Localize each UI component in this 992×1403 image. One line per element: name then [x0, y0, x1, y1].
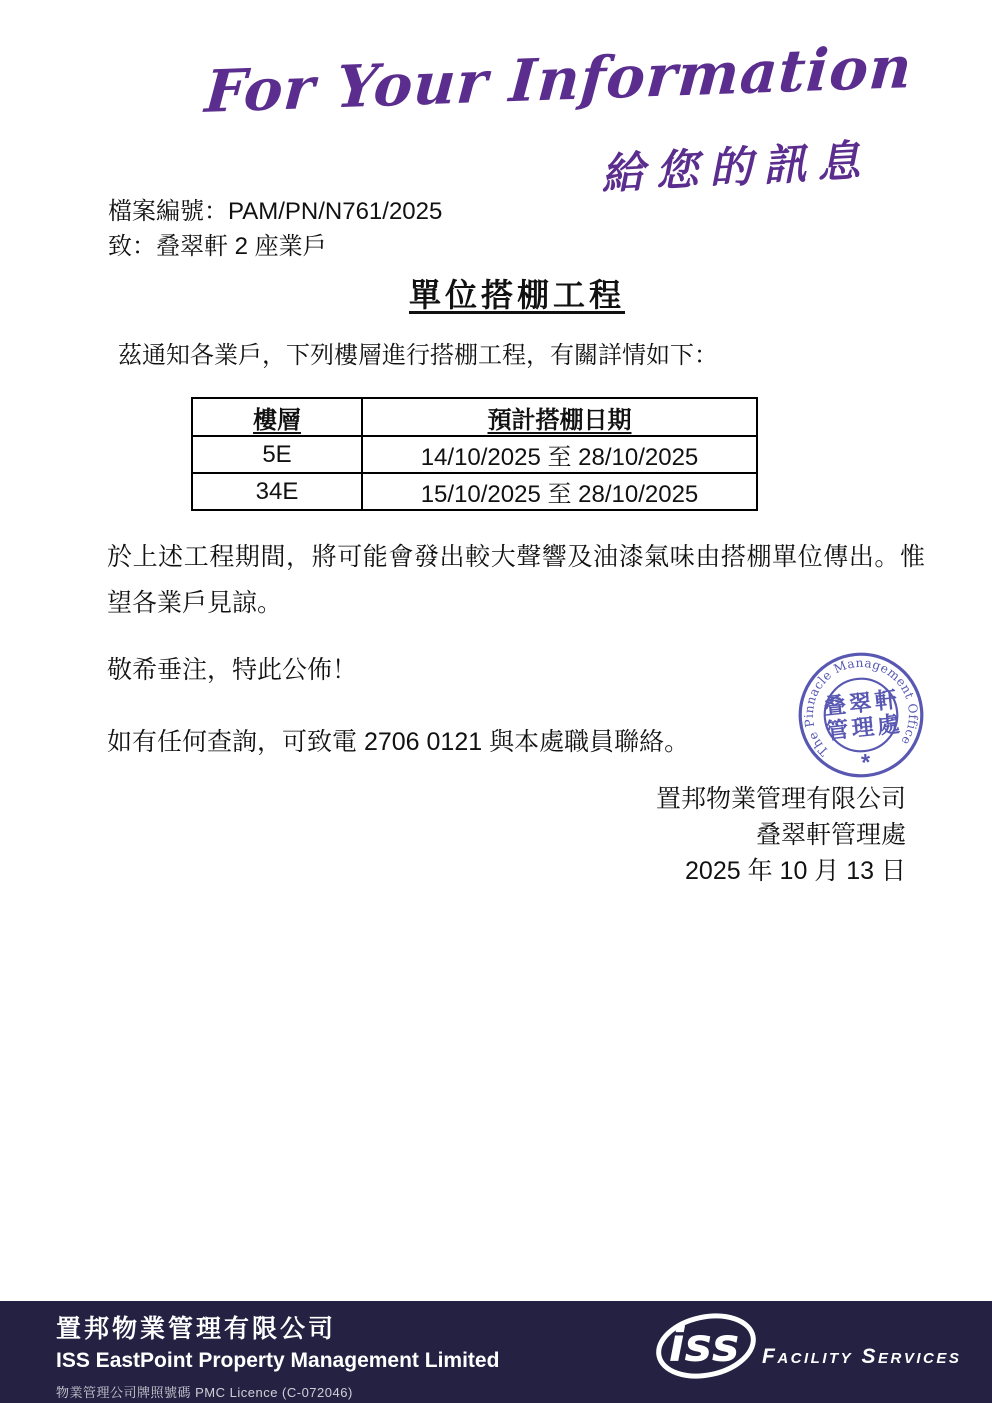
footer-company-chinese: 置邦物業管理有限公司 — [56, 1309, 499, 1345]
for-your-information-script: For Your Information — [203, 38, 767, 126]
floor-cell: 5E — [192, 436, 362, 473]
period-cell: 14/10/2025 至 28/10/2025 — [362, 436, 757, 473]
closing-line: 敬希垂注，特此公佈！ — [107, 650, 357, 686]
body-paragraph: 於上述工程期間，將可能會發出較大聲響及油漆氣味由搭棚單位傳出。惟望各業戶見諒。 — [107, 534, 925, 626]
iss-logo-text: iss — [669, 1318, 740, 1372]
scaffolding-schedule-table: 樓層 預計搭棚日期 5E 14/10/2025 至 28/10/2025 34E… — [191, 397, 758, 511]
contact-line: 如有任何查詢，可致電 2706 0121 與本處職員聯絡。 — [107, 722, 689, 758]
period-cell: 15/10/2025 至 28/10/2025 — [362, 473, 757, 510]
iss-logo-icon: iss — [650, 1306, 762, 1388]
notice-document: For Your Information 給您的訊息 檔案編號：PAM/PN/N… — [0, 0, 992, 1403]
signature-date: 2025 年 10 月 13 日 — [656, 853, 906, 889]
table-header-date-label: 預計搭棚日期 — [488, 407, 632, 434]
page-title: 單位搭棚工程 — [409, 270, 625, 316]
table-row: 5E 14/10/2025 至 28/10/2025 — [192, 436, 757, 473]
signature-company: 置邦物業管理有限公司 — [656, 781, 906, 817]
footer-bar: 置邦物業管理有限公司 ISS EastPoint Property Manage… — [0, 1301, 992, 1403]
footer-company-english: ISS EastPoint Property Management Limite… — [56, 1349, 499, 1373]
intro-paragraph: 茲通知各業戶，下列樓層進行搭棚工程，有關詳情如下： — [118, 335, 718, 370]
file-number-line: 檔案編號：PAM/PN/N761/2025 — [108, 191, 442, 226]
management-office-stamp: The Pinnacle Management Office 叠翠軒 管理處 * — [791, 645, 932, 786]
table-header-row: 樓層 預計搭棚日期 — [192, 398, 757, 436]
table-header-floor-label: 樓層 — [253, 407, 301, 434]
table-header-date: 預計搭棚日期 — [362, 398, 757, 436]
table-row: 34E 15/10/2025 至 28/10/2025 — [192, 473, 757, 510]
footer-text-block: 置邦物業管理有限公司 ISS EastPoint Property Manage… — [56, 1309, 499, 1401]
signature-block: 置邦物業管理有限公司 叠翠軒管理處 2025 年 10 月 13 日 — [656, 781, 906, 889]
footer-licence-line: 物業管理公司牌照號碼 PMC Licence (C-072046) — [56, 1382, 499, 1401]
for-your-information-script-chinese: 給您的訊息 — [600, 127, 873, 202]
iss-tagline: Facility Services — [762, 1345, 961, 1369]
stamp-star-icon: * — [860, 749, 873, 776]
recipient-line: 致：叠翠軒 2 座業戶 — [108, 226, 327, 261]
signature-office: 叠翠軒管理處 — [656, 817, 906, 853]
floor-cell: 34E — [192, 473, 362, 510]
table-header-floor: 樓層 — [192, 398, 362, 436]
